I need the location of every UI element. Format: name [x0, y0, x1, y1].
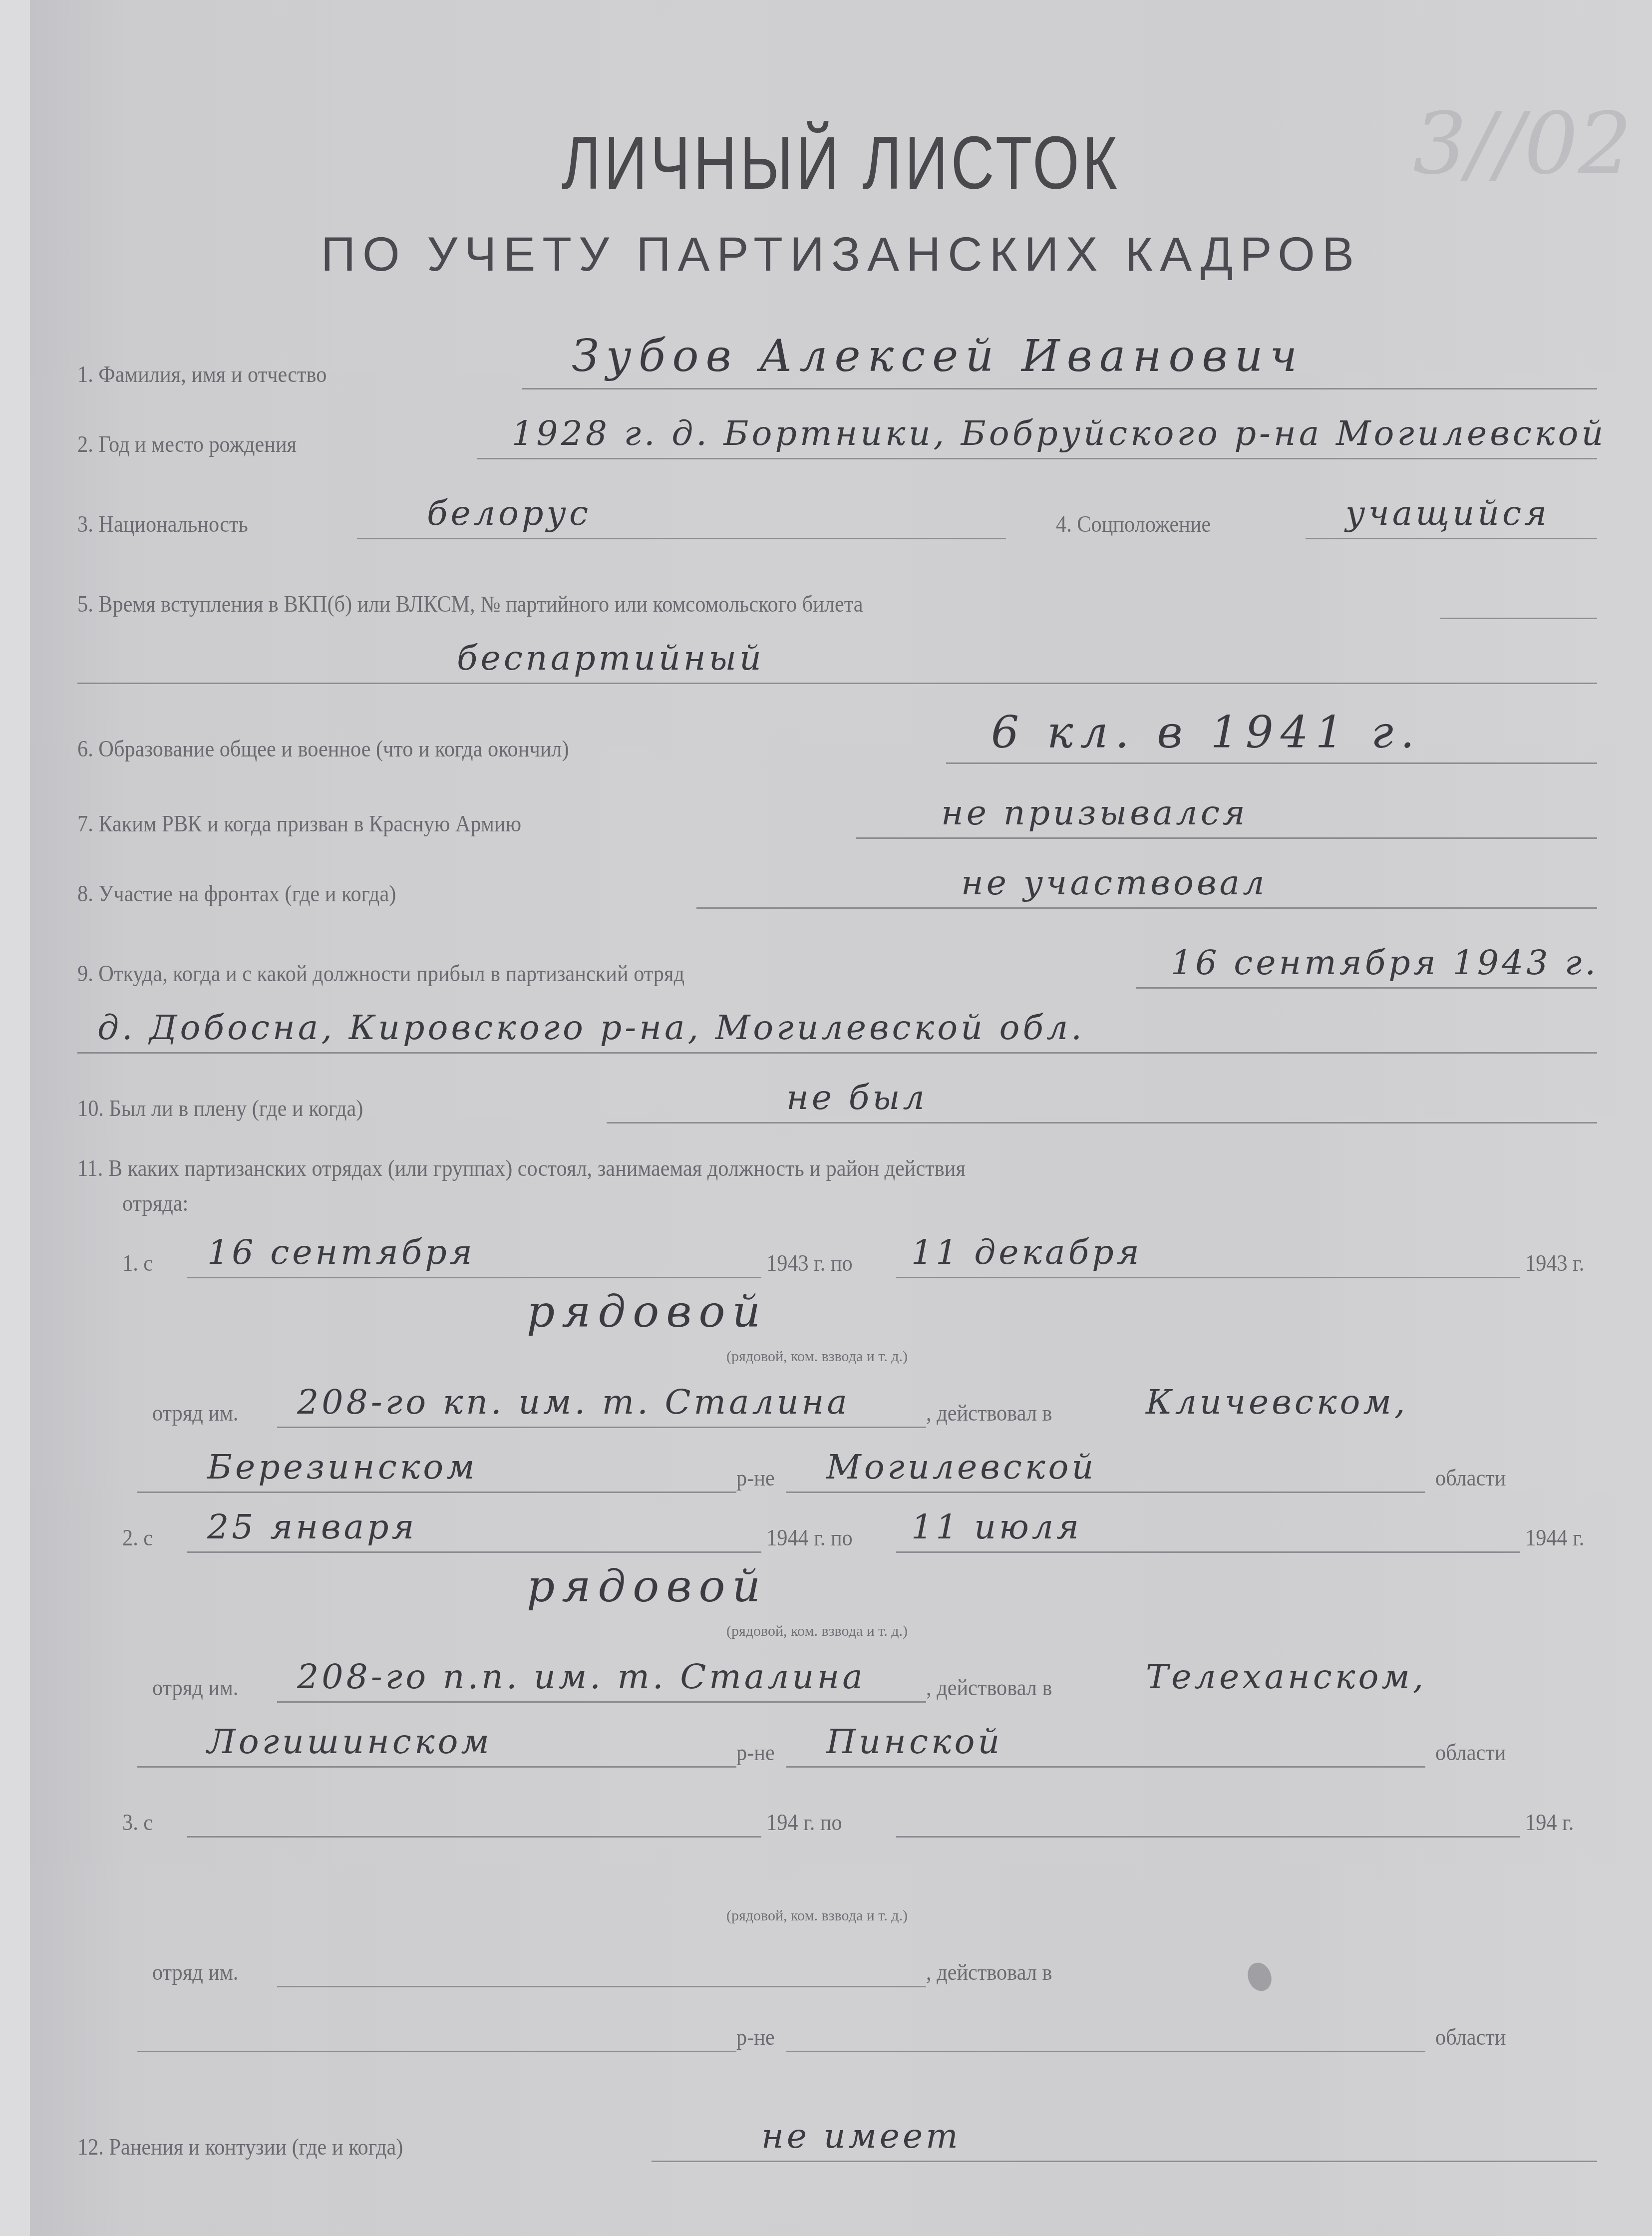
underline	[896, 1836, 1520, 1838]
field-label: 3. Национальность	[77, 511, 248, 537]
unit-prefix: отряд им.	[152, 1400, 238, 1426]
entry-from-year: 1943 г. по	[766, 1250, 853, 1276]
field-party-value: беспартийный	[77, 634, 1602, 689]
field-conscription: 7. Каким РВК и когда призван в Красную А…	[77, 789, 1602, 844]
unit-prefix: отряд им.	[152, 1959, 238, 1985]
field-label: 9. Откуда, когда и с какой должности при…	[77, 960, 684, 987]
field-value[interactable]: 16 сентября 1943 г.	[1171, 943, 1599, 983]
field-label: 10. Был ли в плену (где и когда)	[77, 1095, 363, 1121]
field-value[interactable]: 6 кл. в 1941 г.	[991, 707, 1421, 758]
underline	[187, 1836, 761, 1838]
field-value[interactable]: не был	[786, 1078, 928, 1118]
region-suffix: области	[1435, 1739, 1506, 1766]
entry-unit[interactable]: 208-го кп. им. т. Сталина	[297, 1383, 850, 1422]
form-subtitle: ПО УЧЕТУ ПАРТИЗАНСКИХ КАДРОВ	[30, 227, 1652, 282]
region-suffix: области	[1435, 2024, 1506, 2050]
field-label: 8. Участие на фронтах (где и когда)	[77, 880, 396, 907]
entry-position[interactable]: рядовой	[527, 1286, 767, 1337]
unit-prefix: отряд им.	[152, 1674, 238, 1701]
field-value[interactable]: не участвовал	[961, 863, 1267, 903]
entry-number: 1. с	[122, 1250, 153, 1276]
district-suffix: р-не	[736, 2024, 775, 2050]
field-label: 4. Соцположение	[1056, 511, 1211, 537]
underline	[856, 837, 1597, 839]
entry-district[interactable]: Березинском	[207, 1448, 478, 1487]
field-wounds: 12. Ранения и контузии (где и когда) не …	[77, 2112, 1602, 2167]
field-value[interactable]: белорус	[427, 494, 591, 533]
underline	[1440, 618, 1597, 619]
acted-in: , действовал в	[926, 1959, 1052, 1985]
underline	[187, 1551, 761, 1553]
underline	[77, 1052, 1597, 1054]
underline	[477, 458, 1597, 459]
entry-number: 3. с	[122, 1809, 153, 1836]
ink-blot	[1244, 1959, 1275, 1994]
field-full-name: 1. Фамилия, имя и отчество Зубов Алексей…	[77, 340, 1602, 394]
field-value[interactable]: Зубов Алексей Иванович	[572, 330, 1304, 381]
underline	[786, 1766, 1425, 1768]
underline	[946, 762, 1597, 764]
underline	[522, 388, 1597, 389]
field-label: 2. Год и место рождения	[77, 431, 297, 457]
field-value[interactable]: д. Добосна, Кировского р-на, Могилевской…	[97, 1008, 1085, 1048]
field-label: 12. Ранения и контузии (где и когда)	[77, 2134, 403, 2160]
field-value[interactable]: не имеет	[761, 2117, 961, 2156]
entry-to-year: 1944 г.	[1525, 1524, 1584, 1551]
form-sheet: 3//02 ЛИЧНЫЙ ЛИСТОК ПО УЧЕТУ ПАРТИЗАНСКИ…	[30, 0, 1652, 2236]
field-units-header-cont: отряда:	[77, 1168, 1602, 1223]
entry-region[interactable]: Могилевской	[826, 1448, 1096, 1487]
entry-unit[interactable]: 208-го п.п. им. т. Сталина	[297, 1657, 866, 1697]
field-arrival: 9. Откуда, когда и с какой должности при…	[77, 939, 1602, 994]
underline	[896, 1277, 1520, 1278]
underline	[277, 1701, 926, 1703]
underline	[896, 1551, 1520, 1553]
field-captivity: 10. Был ли в плену (где и когда) не был	[77, 1074, 1602, 1128]
underline	[137, 1491, 736, 1493]
underline	[77, 683, 1597, 684]
field-value[interactable]: не призывался	[941, 793, 1248, 833]
entry-position[interactable]: рядовой	[527, 1560, 767, 1612]
field-front: 8. Участие на фронтах (где и когда) не у…	[77, 859, 1602, 914]
underline	[1136, 987, 1597, 989]
position-caption: (рядовой, ком. взвода и т. д.)	[726, 1348, 908, 1365]
entry-region[interactable]: Пинской	[826, 1722, 1002, 1762]
entry-from-date[interactable]: 16 сентября	[207, 1233, 475, 1272]
entry-from-year: 1944 г. по	[766, 1524, 853, 1551]
district-suffix: р-не	[736, 1465, 775, 1491]
entry-from-year: 194 г. по	[766, 1809, 842, 1836]
position-caption: (рядовой, ком. взвода и т. д.)	[726, 1623, 908, 1640]
field-label: 5. Время вступления в ВКП(б) или ВЛКСМ, …	[77, 591, 863, 617]
acted-in: , действовал в	[926, 1674, 1052, 1701]
field-education: 6. Образование общее и военное (что и ко…	[77, 714, 1602, 769]
underline	[652, 2161, 1597, 2162]
underline	[137, 2051, 736, 2052]
underline	[187, 1277, 761, 1278]
field-party: 5. Время вступления в ВКП(б) или ВЛКСМ, …	[77, 569, 1602, 624]
underline	[277, 1986, 926, 1987]
entry-area[interactable]: Телеханском,	[1146, 1657, 1426, 1697]
field-value[interactable]: 1928 г. д. Бортники, Бобруйского р-на Мо…	[512, 414, 1606, 453]
district-suffix: р-не	[736, 1739, 775, 1766]
form-title: ЛИЧНЫЙ ЛИСТОК	[192, 120, 1490, 206]
entry-number: 2. с	[122, 1524, 153, 1551]
entry-to-date[interactable]: 11 июля	[911, 1507, 1082, 1547]
underline	[786, 1491, 1425, 1493]
underline	[607, 1122, 1597, 1123]
entry-to-year: 1943 г.	[1525, 1250, 1584, 1276]
underline	[277, 1427, 926, 1428]
entry-to-date[interactable]: 11 декабря	[911, 1233, 1142, 1272]
underline	[786, 2051, 1425, 2052]
entry-district[interactable]: Логишинском	[207, 1722, 492, 1762]
field-label: 1. Фамилия, имя и отчество	[77, 361, 327, 387]
underline	[137, 1766, 736, 1768]
entry-to-year: 194 г.	[1525, 1809, 1574, 1836]
position-caption: (рядовой, ком. взвода и т. д.)	[726, 1907, 908, 1924]
underline	[1306, 538, 1597, 539]
underline	[357, 538, 1006, 539]
field-value[interactable]: учащийся	[1345, 494, 1550, 533]
field-birth: 2. Год и место рождения 1928 г. д. Бортн…	[77, 409, 1602, 464]
field-arrival-cont: д. Добосна, Кировского р-на, Могилевской…	[77, 1004, 1602, 1059]
underline	[696, 907, 1597, 909]
entry-area[interactable]: Кличевском,	[1146, 1383, 1408, 1422]
field-label: 7. Каким РВК и когда призван в Красную А…	[77, 810, 521, 837]
field-value[interactable]: беспартийный	[457, 639, 764, 678]
entry-from-date[interactable]: 25 января	[207, 1507, 417, 1547]
field-label: 6. Образование общее и военное (что и ко…	[77, 736, 569, 762]
field-nationality: 3. Национальность белорус 4. Соцположени…	[77, 489, 1602, 544]
region-suffix: области	[1435, 1465, 1506, 1491]
field-label: отряда:	[122, 1190, 188, 1216]
acted-in: , действовал в	[926, 1400, 1052, 1426]
